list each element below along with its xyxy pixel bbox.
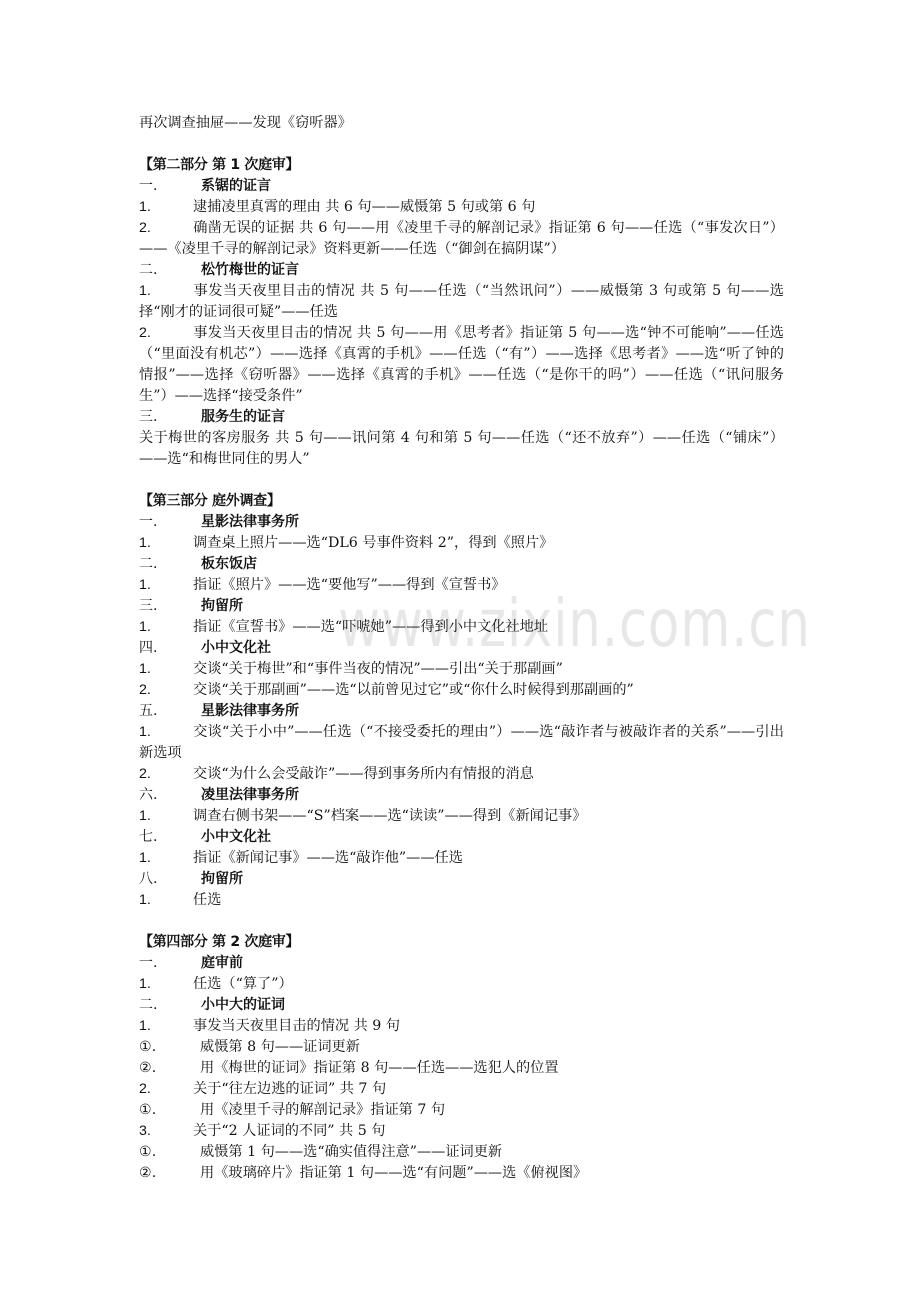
sub-item-number: ①. [139, 1037, 200, 1058]
sub-item: ②. 用《梅世的证词》指证第 8 句——任选——选犯人的位置 [139, 1058, 784, 1079]
item-number: 1. [139, 533, 193, 554]
sub-item: ②. 用《玻璃碎片》指证第 1 句——选“有问题”——选《俯视图》 [139, 1163, 784, 1184]
section-number: 五. [139, 701, 201, 722]
item-text: 事发当天夜里目击的情况 共 5 句——用《思考者》指证第 5 句——选“钟不可能… [139, 325, 784, 404]
item-number: 1. [139, 974, 193, 995]
part-heading: 【第四部分 第 2 次庭审】 [139, 932, 784, 953]
item-text: 任选（“算了”） [193, 974, 784, 995]
section-title: 小中大的证词 [201, 995, 285, 1016]
blank-line [139, 470, 784, 491]
blank-line [139, 134, 784, 155]
intro-line: 再次调查抽屉——发现《窃听器》 [139, 113, 784, 134]
item-number: 2. [139, 218, 193, 239]
item-text: 交谈“关于那副画”——选“以前曾见过它”或“你什么时候得到那副画的” [193, 680, 784, 701]
item-number: 1. [139, 659, 193, 680]
item-number: 2. [139, 323, 193, 344]
item-text: 指证《宣誓书》——选“吓唬她”——得到小中文化社地址 [193, 617, 784, 638]
item-text: 交谈“关于梅世”和“事件当夜的情况”——引出“关于那副画” [193, 659, 784, 680]
section-title: 凌里法律事务所 [201, 785, 299, 806]
section-number: 七. [139, 827, 201, 848]
item-number: 1. [139, 890, 193, 911]
part-heading: 【第二部分 第 1 次庭审】 [139, 155, 784, 176]
section-heading: 八. 拘留所 [139, 869, 784, 890]
item-number: 2. [139, 764, 193, 785]
list-item: 1. 指证《宣誓书》——选“吓唬她”——得到小中文化社地址 [139, 617, 784, 638]
section-title: 拘留所 [201, 869, 243, 890]
section-heading: 三. 拘留所 [139, 596, 784, 617]
part-heading: 【第三部分 庭外调查】 [139, 491, 784, 512]
list-item: 1. 调查右侧书架——“S”档案——选“读读”——得到《新闻记事》 [139, 806, 784, 827]
section-title: 庭审前 [201, 953, 243, 974]
list-item: 2. 交谈“关于那副画”——选“以前曾见过它”或“你什么时候得到那副画的” [139, 680, 784, 701]
item-number: 1. [139, 848, 193, 869]
list-item: 1. 任选 [139, 890, 784, 911]
section-heading: 二. 小中大的证词 [139, 995, 784, 1016]
section-title: 松竹梅世的证言 [201, 260, 299, 281]
item-number: 1. [139, 197, 193, 218]
item-number: 1. [139, 617, 193, 638]
item-number: 1. [139, 806, 193, 827]
section-heading: 六. 凌里法律事务所 [139, 785, 784, 806]
section-number: 二. [139, 260, 201, 281]
list-item: 1. 逮捕凌里真霄的理由 共 6 句——威慑第 5 句或第 6 句 [139, 197, 784, 218]
item-text: 事发当天夜里目击的情况 共 5 句——任选（“当然讯问”）——威慑第 3 句或第… [139, 283, 784, 320]
list-item: 2.确凿无误的证据 共 6 句——用《凌里千寻的解剖记录》指证第 6 句——任选… [139, 218, 784, 260]
item-text: 确凿无误的证据 共 6 句——用《凌里千寻的解剖记录》指证第 6 句——任选（“… [139, 220, 784, 257]
section-number: 一. [139, 176, 201, 197]
item-number: 2. [139, 680, 193, 701]
item-text: 调查桌上照片——选“DL6 号事件资料 2”，得到《照片》 [193, 533, 784, 554]
sub-item-number: ①. [139, 1100, 200, 1121]
list-item: 1. 任选（“算了”） [139, 974, 784, 995]
sub-item-number: ①. [139, 1142, 200, 1163]
list-item: 2. 交谈“为什么会受敲诈”——得到事务所内有情报的消息 [139, 764, 784, 785]
section-heading: 二. 板东饭店 [139, 554, 784, 575]
section-number: 三. [139, 596, 201, 617]
section-heading: 一. 庭审前 [139, 953, 784, 974]
section-number: 八. [139, 869, 201, 890]
section-title: 服务生的证言 [201, 407, 285, 428]
sub-item-text: 威慑第 8 句——证词更新 [200, 1037, 360, 1058]
section-heading: 七. 小中文化社 [139, 827, 784, 848]
list-item: 2. 关于“往左边逃的证词” 共 7 句 [139, 1079, 784, 1100]
section-number: 六. [139, 785, 201, 806]
section-number: 三. [139, 407, 201, 428]
section-title: 星影法律事务所 [201, 512, 299, 533]
item-number: 1. [139, 1016, 193, 1037]
section-number: 二. [139, 995, 201, 1016]
item-text: 关于“往左边逃的证词” 共 7 句 [193, 1079, 784, 1100]
list-item: 1. 指证《新闻记事》——选“敲诈他”——任选 [139, 848, 784, 869]
list-item: 1. 交谈“关于梅世”和“事件当夜的情况”——引出“关于那副画” [139, 659, 784, 680]
item-number: 1. [139, 281, 193, 302]
item-number: 3. [139, 1121, 193, 1142]
list-item: 1. 调查桌上照片——选“DL6 号事件资料 2”，得到《照片》 [139, 533, 784, 554]
section-number: 四. [139, 638, 201, 659]
section-title: 系锯的证言 [201, 176, 271, 197]
item-text: 关于“2 人证词的不同” 共 5 句 [193, 1121, 784, 1142]
list-item: 1.交谈“关于小中”——任选（“不接受委托的理由”）——选“敲诈者与被敲诈者的关… [139, 722, 784, 764]
item-text: 任选 [193, 890, 784, 911]
sub-item: ①. 用《凌里千寻的解剖记录》指证第 7 句 [139, 1100, 784, 1121]
item-text: 事发当天夜里目击的情况 共 9 句 [193, 1016, 784, 1037]
item-text: 指证《新闻记事》——选“敲诈他”——任选 [193, 848, 784, 869]
paragraph: 关于梅世的客房服务 共 5 句——讯问第 4 句和第 5 句——任选（“还不放弃… [139, 428, 784, 470]
item-number: 2. [139, 1079, 193, 1100]
section-heading: 一. 系锯的证言 [139, 176, 784, 197]
section-number: 二. [139, 554, 201, 575]
item-text: 指证《照片》——选“要他写”——得到《宣誓书》 [193, 575, 784, 596]
section-number: 一. [139, 953, 201, 974]
section-heading: 二. 松竹梅世的证言 [139, 260, 784, 281]
section-title: 星影法律事务所 [201, 701, 299, 722]
section-heading: 四. 小中文化社 [139, 638, 784, 659]
list-item: 3. 关于“2 人证词的不同” 共 5 句 [139, 1121, 784, 1142]
section-title: 板东饭店 [201, 554, 257, 575]
section-title: 拘留所 [201, 596, 243, 617]
sub-item-text: 用《玻璃碎片》指证第 1 句——选“有问题”——选《俯视图》 [200, 1163, 587, 1184]
section-title: 小中文化社 [201, 827, 271, 848]
section-title: 小中文化社 [201, 638, 271, 659]
section-heading: 五. 星影法律事务所 [139, 701, 784, 722]
item-text: 交谈“关于小中”——任选（“不接受委托的理由”）——选“敲诈者与被敲诈者的关系”… [139, 724, 784, 761]
sub-item-number: ②. [139, 1163, 200, 1184]
blank-line [139, 911, 784, 932]
list-item: 1. 指证《照片》——选“要他写”——得到《宣誓书》 [139, 575, 784, 596]
sub-item-text: 威慑第 1 句——选“确实值得注意”——证词更新 [200, 1142, 502, 1163]
sub-item-text: 用《凌里千寻的解剖记录》指证第 7 句 [200, 1100, 445, 1121]
list-item: 1. 事发当天夜里目击的情况 共 9 句 [139, 1016, 784, 1037]
sub-item: ①. 威慑第 8 句——证词更新 [139, 1037, 784, 1058]
item-number: 1. [139, 575, 193, 596]
document-page: 再次调查抽屉——发现《窃听器》 【第二部分 第 1 次庭审】 一. 系锯的证言 … [139, 113, 784, 1184]
list-item: 2.事发当天夜里目击的情况 共 5 句——用《思考者》指证第 5 句——选“钟不… [139, 323, 784, 407]
sub-item-number: ②. [139, 1058, 200, 1079]
section-number: 一. [139, 512, 201, 533]
section-heading: 三. 服务生的证言 [139, 407, 784, 428]
section-heading: 一. 星影法律事务所 [139, 512, 784, 533]
sub-item-text: 用《梅世的证词》指证第 8 句——任选——选犯人的位置 [200, 1058, 559, 1079]
sub-item: ①. 威慑第 1 句——选“确实值得注意”——证词更新 [139, 1142, 784, 1163]
item-text: 交谈“为什么会受敲诈”——得到事务所内有情报的消息 [193, 764, 784, 785]
item-number: 1. [139, 722, 193, 743]
list-item: 1.事发当天夜里目击的情况 共 5 句——任选（“当然讯问”）——威慑第 3 句… [139, 281, 784, 323]
item-text: 调查右侧书架——“S”档案——选“读读”——得到《新闻记事》 [193, 806, 784, 827]
item-text: 逮捕凌里真霄的理由 共 6 句——威慑第 5 句或第 6 句 [193, 197, 784, 218]
